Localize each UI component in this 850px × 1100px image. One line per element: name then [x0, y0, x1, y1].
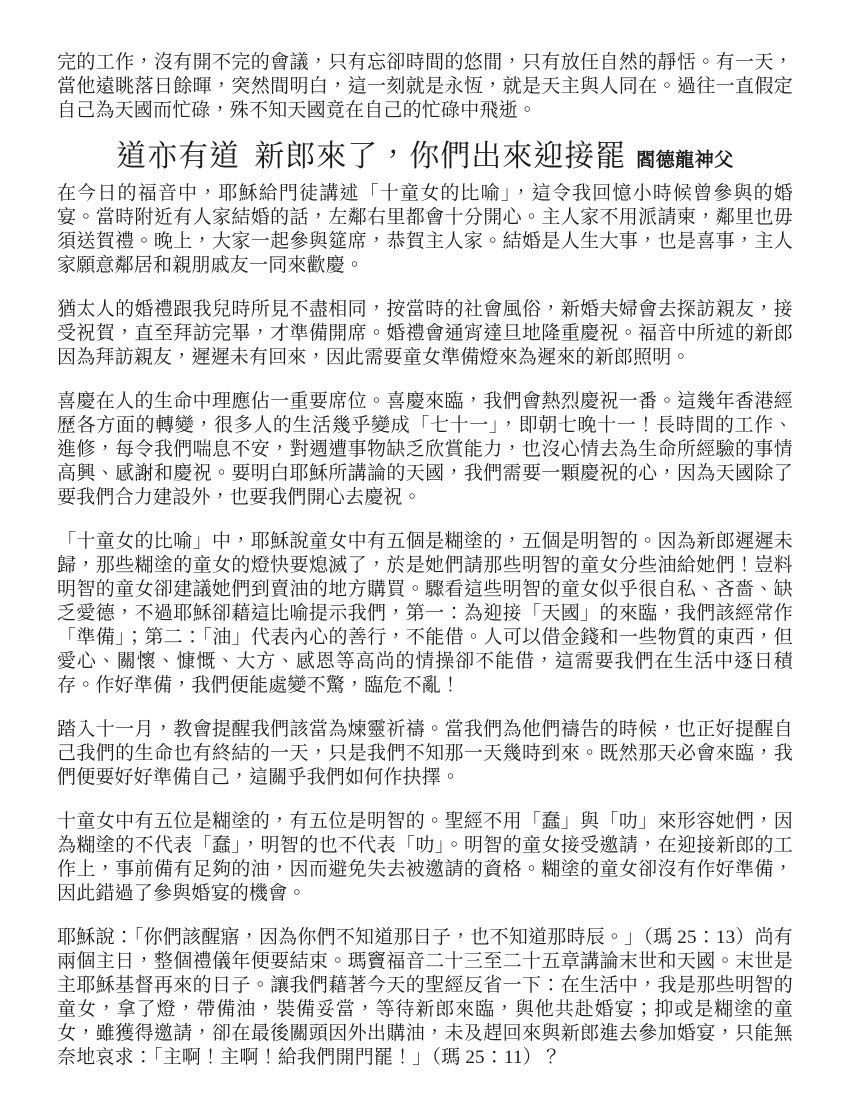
paragraph-3: 喜慶在人的生命中理應佔一重要席位。喜慶來臨，我們會熱烈慶祝一番。這幾年香港經歷各…	[57, 390, 793, 510]
paragraph-1: 在今日的福音中，耶穌給門徒講述「十童女的比喻」，這令我回憶小時候曾參與的婚宴。當…	[57, 182, 793, 278]
author-name: 閻德龍神父	[636, 150, 734, 171]
document-page: 完的工作，沒有開不完的會議，只有忘卻時間的悠閒，只有放任自然的靜恬。有一天，當他…	[0, 0, 850, 1100]
column-name: 道亦有道	[116, 140, 240, 173]
article-title: 新郎來了，你們出來迎接罷	[254, 140, 626, 173]
paragraph-7: 耶穌說：「你們該醒寤，因為你們不知道那日子，也不知道那時辰。」（瑪 25：13）…	[57, 926, 793, 1070]
paragraph-2: 猶太人的婚禮跟我兒時所見不盡相同，按當時的社會風俗，新婚夫婦會去探訪親友，接受祝…	[57, 298, 793, 370]
article-header: 道亦有道新郎來了，你們出來迎接罷閻德龍神父	[57, 140, 793, 174]
paragraph-5: 踏入十一月，教會提醒我們該當為煉靈祈禱。當我們為他們禱告的時候，也正好提醒自己我…	[57, 718, 793, 790]
paragraph-6: 十童女中有五位是糊塗的，有五位是明智的。聖經不用「蠢」與「叻」來形容她們，因為糊…	[57, 810, 793, 906]
intro-paragraph: 完的工作，沒有開不完的會議，只有忘卻時間的悠閒，只有放任自然的靜恬。有一天，當他…	[57, 51, 793, 123]
paragraph-4: 「十童女的比喻」中，耶穌說童女中有五個是糊塗的，五個是明智的。因為新郎遲遲未歸，…	[57, 530, 793, 698]
